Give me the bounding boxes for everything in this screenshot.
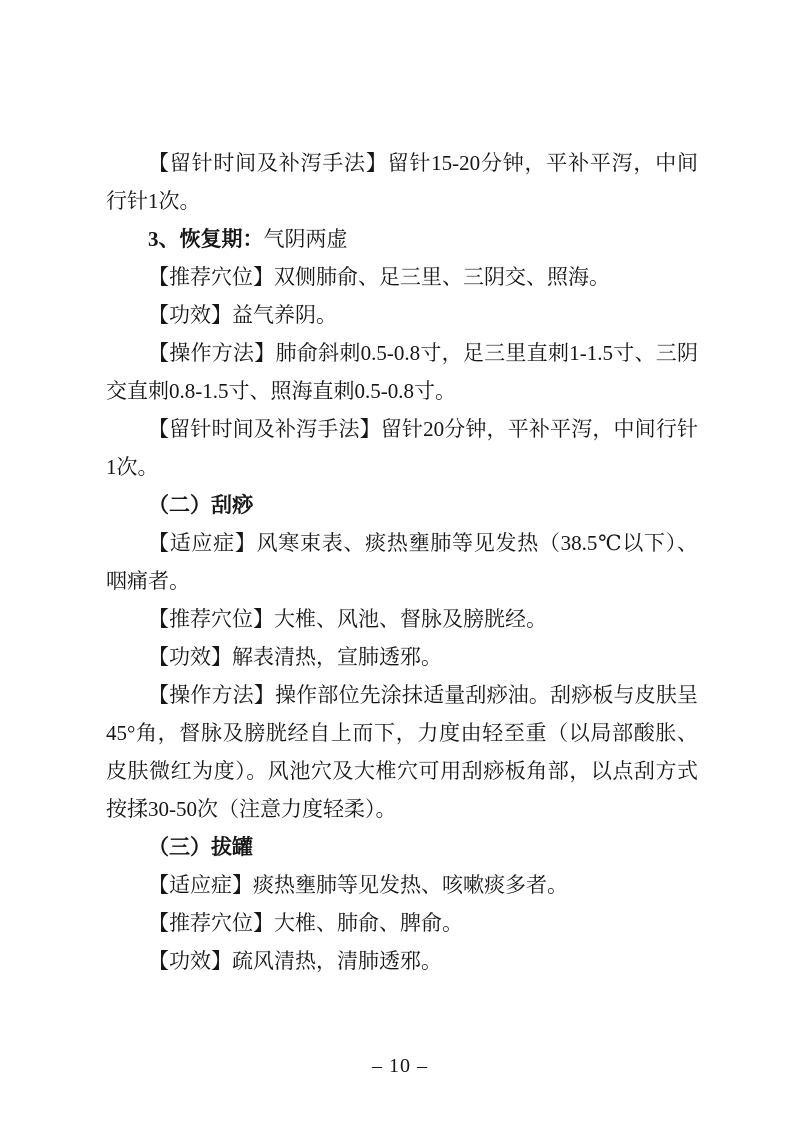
heading-number-label: 3、恢复期： [148, 227, 264, 251]
paragraph-operation-method-guasha: 【操作方法】操作部位先涂抹适量刮痧油。刮痧板与皮肤呈45°角，督脉及膀胱经自上而… [106, 676, 698, 828]
paragraph-indications-cupping: 【适应症】痰热壅肺等见发热、咳嗽痰多者。 [106, 866, 698, 904]
paragraph-effect-recovery: 【功效】益气养阴。 [106, 296, 698, 334]
section-heading-cupping: （三）拔罐 [106, 828, 698, 866]
page-number: – 10 – [0, 1052, 800, 1080]
paragraph-indications-guasha: 【适应症】风寒束表、痰热壅肺等见发热（38.5℃以下）、咽痛者。 [106, 524, 698, 600]
paragraph-needle-retention-recovery: 【留针时间及补泻手法】留针20分钟，平补平泻，中间行针1次。 [106, 410, 698, 486]
paragraph-recommended-points-recovery: 【推荐穴位】双侧肺俞、足三里、三阴交、照海。 [106, 258, 698, 296]
heading-subtitle: 气阴两虚 [264, 227, 348, 251]
paragraph-effect-cupping: 【功效】疏风清热，清肺透邪。 [106, 942, 698, 980]
paragraph-recommended-points-guasha: 【推荐穴位】大椎、风池、督脉及膀胱经。 [106, 600, 698, 638]
paragraph-operation-method-recovery: 【操作方法】肺俞斜刺0.5-0.8寸，足三里直刺1-1.5寸、三阴交直刺0.8-… [106, 334, 698, 410]
paragraph-needle-retention-acute: 【留针时间及补泻手法】留针15-20分钟，平补平泻，中间行针1次。 [106, 144, 698, 220]
section-heading-guasha: （二）刮痧 [106, 486, 698, 524]
paragraph-recommended-points-cupping: 【推荐穴位】大椎、肺俞、脾俞。 [106, 904, 698, 942]
document-page: 【留针时间及补泻手法】留针15-20分钟，平补平泻，中间行针1次。 3、恢复期：… [0, 0, 800, 1131]
section-heading-recovery-stage: 3、恢复期：气阴两虚 [106, 220, 698, 258]
paragraph-effect-guasha: 【功效】解表清热，宣肺透邪。 [106, 638, 698, 676]
document-body: 【留针时间及补泻手法】留针15-20分钟，平补平泻，中间行针1次。 3、恢复期：… [106, 144, 698, 980]
